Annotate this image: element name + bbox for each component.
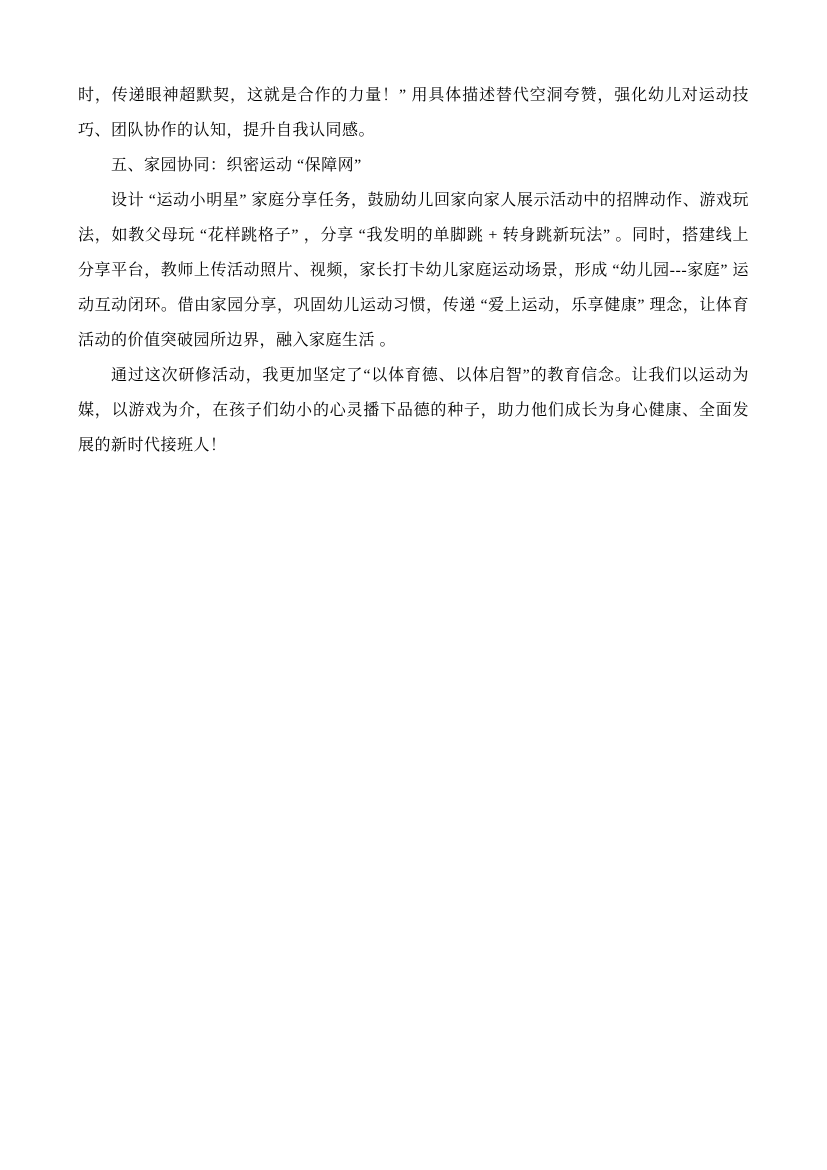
paragraph-continuation: 时，传递眼神超默契，这就是合作的力量！” 用具体描述替代空洞夸赞，强化幼儿对运动… xyxy=(78,78,749,148)
document-text-block: 时，传递眼神超默契，这就是合作的力量！” 用具体描述替代空洞夸赞，强化幼儿对运动… xyxy=(78,78,749,463)
document-page: 时，传递眼神超默契，这就是合作的力量！” 用具体描述替代空洞夸赞，强化幼儿对运动… xyxy=(0,0,827,1170)
paragraph-family-cooperation: 设计 “运动小明星” 家庭分享任务，鼓励幼儿回家向家人展示活动中的招牌动作、游戏… xyxy=(78,183,749,358)
section-heading: 五、家园协同：织密运动 “保障网” xyxy=(78,148,749,183)
paragraph-conclusion: 通过这次研修活动，我更加坚定了“以体育德、以体启智”的教育信念。让我们以运动为媒… xyxy=(78,358,749,463)
